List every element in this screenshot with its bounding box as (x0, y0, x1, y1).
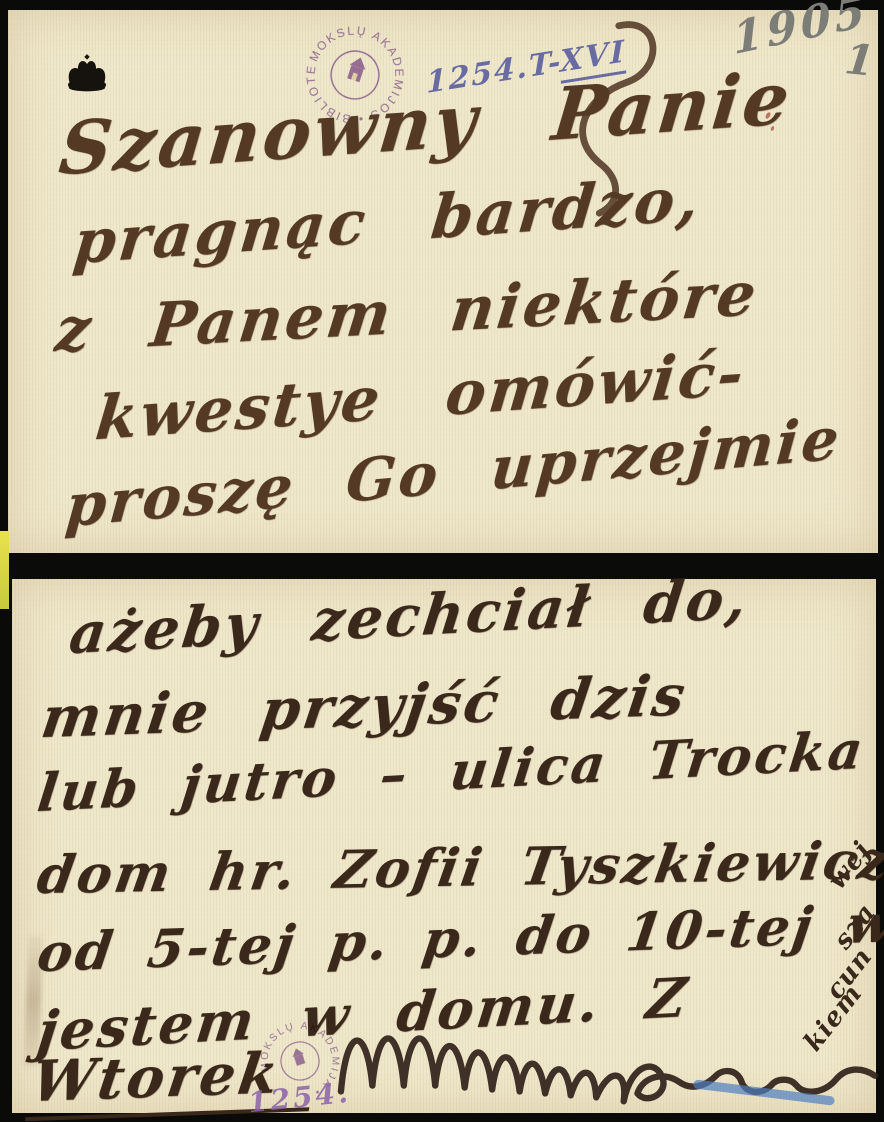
handwriting-line: ażeby zechciał do, (66, 565, 753, 667)
tower-emblem-icon (345, 55, 368, 83)
page-number-annotation: 1 (842, 34, 876, 86)
letter-card-bottom: ażeby zechciał do, mnie przyjść dzis lub… (12, 579, 876, 1113)
tower-emblem-icon (290, 1047, 306, 1067)
yellow-edge-sliver (0, 531, 9, 609)
crown-icon (58, 52, 116, 98)
scanned-letter: MOKSLŲ AKADEMIJOS • BIBLIOTEKA • 1254.T-… (0, 0, 884, 1122)
handwriting-line: dom hr. Zofii Tyszkiewicz (33, 830, 884, 906)
letter-card-top: MOKSLŲ AKADEMIJOS • BIBLIOTEKA • 1254.T-… (8, 10, 878, 553)
